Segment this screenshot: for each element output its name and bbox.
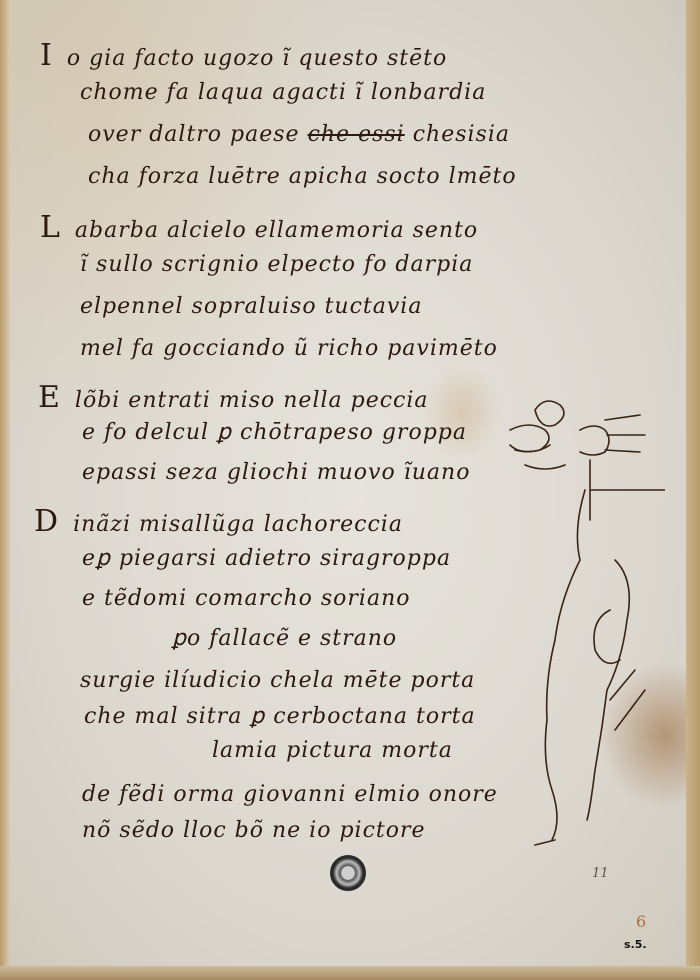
- verse-text: nõ sẽdo lloc bõ ne io pictore: [82, 818, 426, 843]
- verse-text: over daltro paese: [88, 122, 300, 147]
- verse-text: ꝑo fallacẽ e strano: [172, 626, 397, 651]
- verse-line-5: Labarba alcielo ellamemoria sento: [40, 210, 478, 245]
- verse-text: chesisia: [413, 122, 510, 147]
- manuscript-page: Io gia facto ugozo ĩ questo stēto chome …: [0, 0, 700, 980]
- verse-line-7: elpennel sopraluiso tuctavia: [80, 294, 422, 319]
- paper-edge-left: [0, 0, 10, 980]
- verse-text: abarba alcielo ellamemoria sento: [75, 218, 478, 243]
- verse-text: lõbi entrati miso nella peccia: [75, 388, 429, 413]
- verse-text: ĩ sullo scrignio elpecto fo darpia: [80, 252, 473, 277]
- verse-text: surgie ilíudicio chela mēte porta: [80, 668, 475, 693]
- drop-initial: E: [38, 380, 61, 415]
- drop-initial: L: [40, 210, 61, 245]
- shelf-mark: s.5.: [624, 938, 647, 951]
- verse-text: eꝑ piegarsi adietro siragroppa: [82, 546, 451, 571]
- verse-line-14: e tẽdomi comarcho soriano: [82, 586, 411, 611]
- pencil-number: 11: [592, 866, 609, 881]
- verse-line-19: de fẽdi orma giovanni elmio onore: [82, 782, 498, 807]
- drop-initial: I: [40, 38, 53, 73]
- verse-line-12: Dinãzi misallũga lachoreccia: [34, 504, 403, 539]
- verse-text: epassi seza gliochi muovo ĩuano: [82, 460, 470, 485]
- verse-text: e tẽdomi comarcho soriano: [82, 586, 411, 611]
- verse-line-18: lamia pictura morta: [212, 738, 453, 763]
- verse-text: lamia pictura morta: [212, 738, 453, 763]
- verse-line-1: Io gia facto ugozo ĩ questo stēto: [40, 38, 447, 73]
- verse-text: e fo delcul ꝑ chōtrapeso groppa: [82, 420, 467, 445]
- verse-line-13: eꝑ piegarsi adietro siragroppa: [82, 546, 451, 571]
- paper-edge-right: [686, 0, 700, 980]
- verse-line-4: cha forza luētre apicha socto lmēto: [88, 164, 517, 189]
- verse-line-20: nõ sẽdo lloc bõ ne io pictore: [82, 818, 426, 843]
- figure-sketch-icon: [495, 390, 665, 860]
- paper-edge-bottom: [0, 966, 700, 980]
- verse-text: mel fa gocciando ũ richo pavimēto: [80, 336, 498, 361]
- verse-text: elpennel sopraluiso tuctavia: [80, 294, 422, 319]
- verse-line-10: e fo delcul ꝑ chōtrapeso groppa: [82, 420, 467, 445]
- verse-line-8: mel fa gocciando ũ richo pavimēto: [80, 336, 498, 361]
- verse-line-2: chome fa laqua agacti ĩ lonbardia: [80, 80, 486, 105]
- verse-line-15: ꝑo fallacẽ e strano: [172, 626, 397, 651]
- verse-line-9: Elõbi entrati miso nella peccia: [38, 380, 429, 415]
- verse-text: inãzi misallũga lachoreccia: [73, 512, 403, 537]
- verse-text: o gia facto ugozo ĩ questo stēto: [67, 46, 447, 71]
- verse-text: de fẽdi orma giovanni elmio onore: [82, 782, 498, 807]
- verse-line-11: epassi seza gliochi muovo ĩuano: [82, 460, 470, 485]
- collection-stamp-icon: [330, 855, 366, 891]
- folio-number: 6: [636, 912, 646, 931]
- verse-line-16: surgie ilíudicio chela mēte porta: [80, 668, 475, 693]
- verse-text: cha forza luētre apicha socto lmēto: [88, 164, 517, 189]
- verse-line-6: ĩ sullo scrignio elpecto fo darpia: [80, 252, 473, 277]
- struck-text: che essi: [308, 122, 405, 147]
- verse-text: chome fa laqua agacti ĩ lonbardia: [80, 80, 486, 105]
- verse-line-3: over daltro paese che essi chesisia: [88, 122, 510, 147]
- verse-line-17: che mal sitra ꝑ cerboctana torta: [84, 704, 476, 729]
- verse-text: che mal sitra ꝑ cerboctana torta: [84, 704, 476, 729]
- drop-initial: D: [34, 504, 59, 539]
